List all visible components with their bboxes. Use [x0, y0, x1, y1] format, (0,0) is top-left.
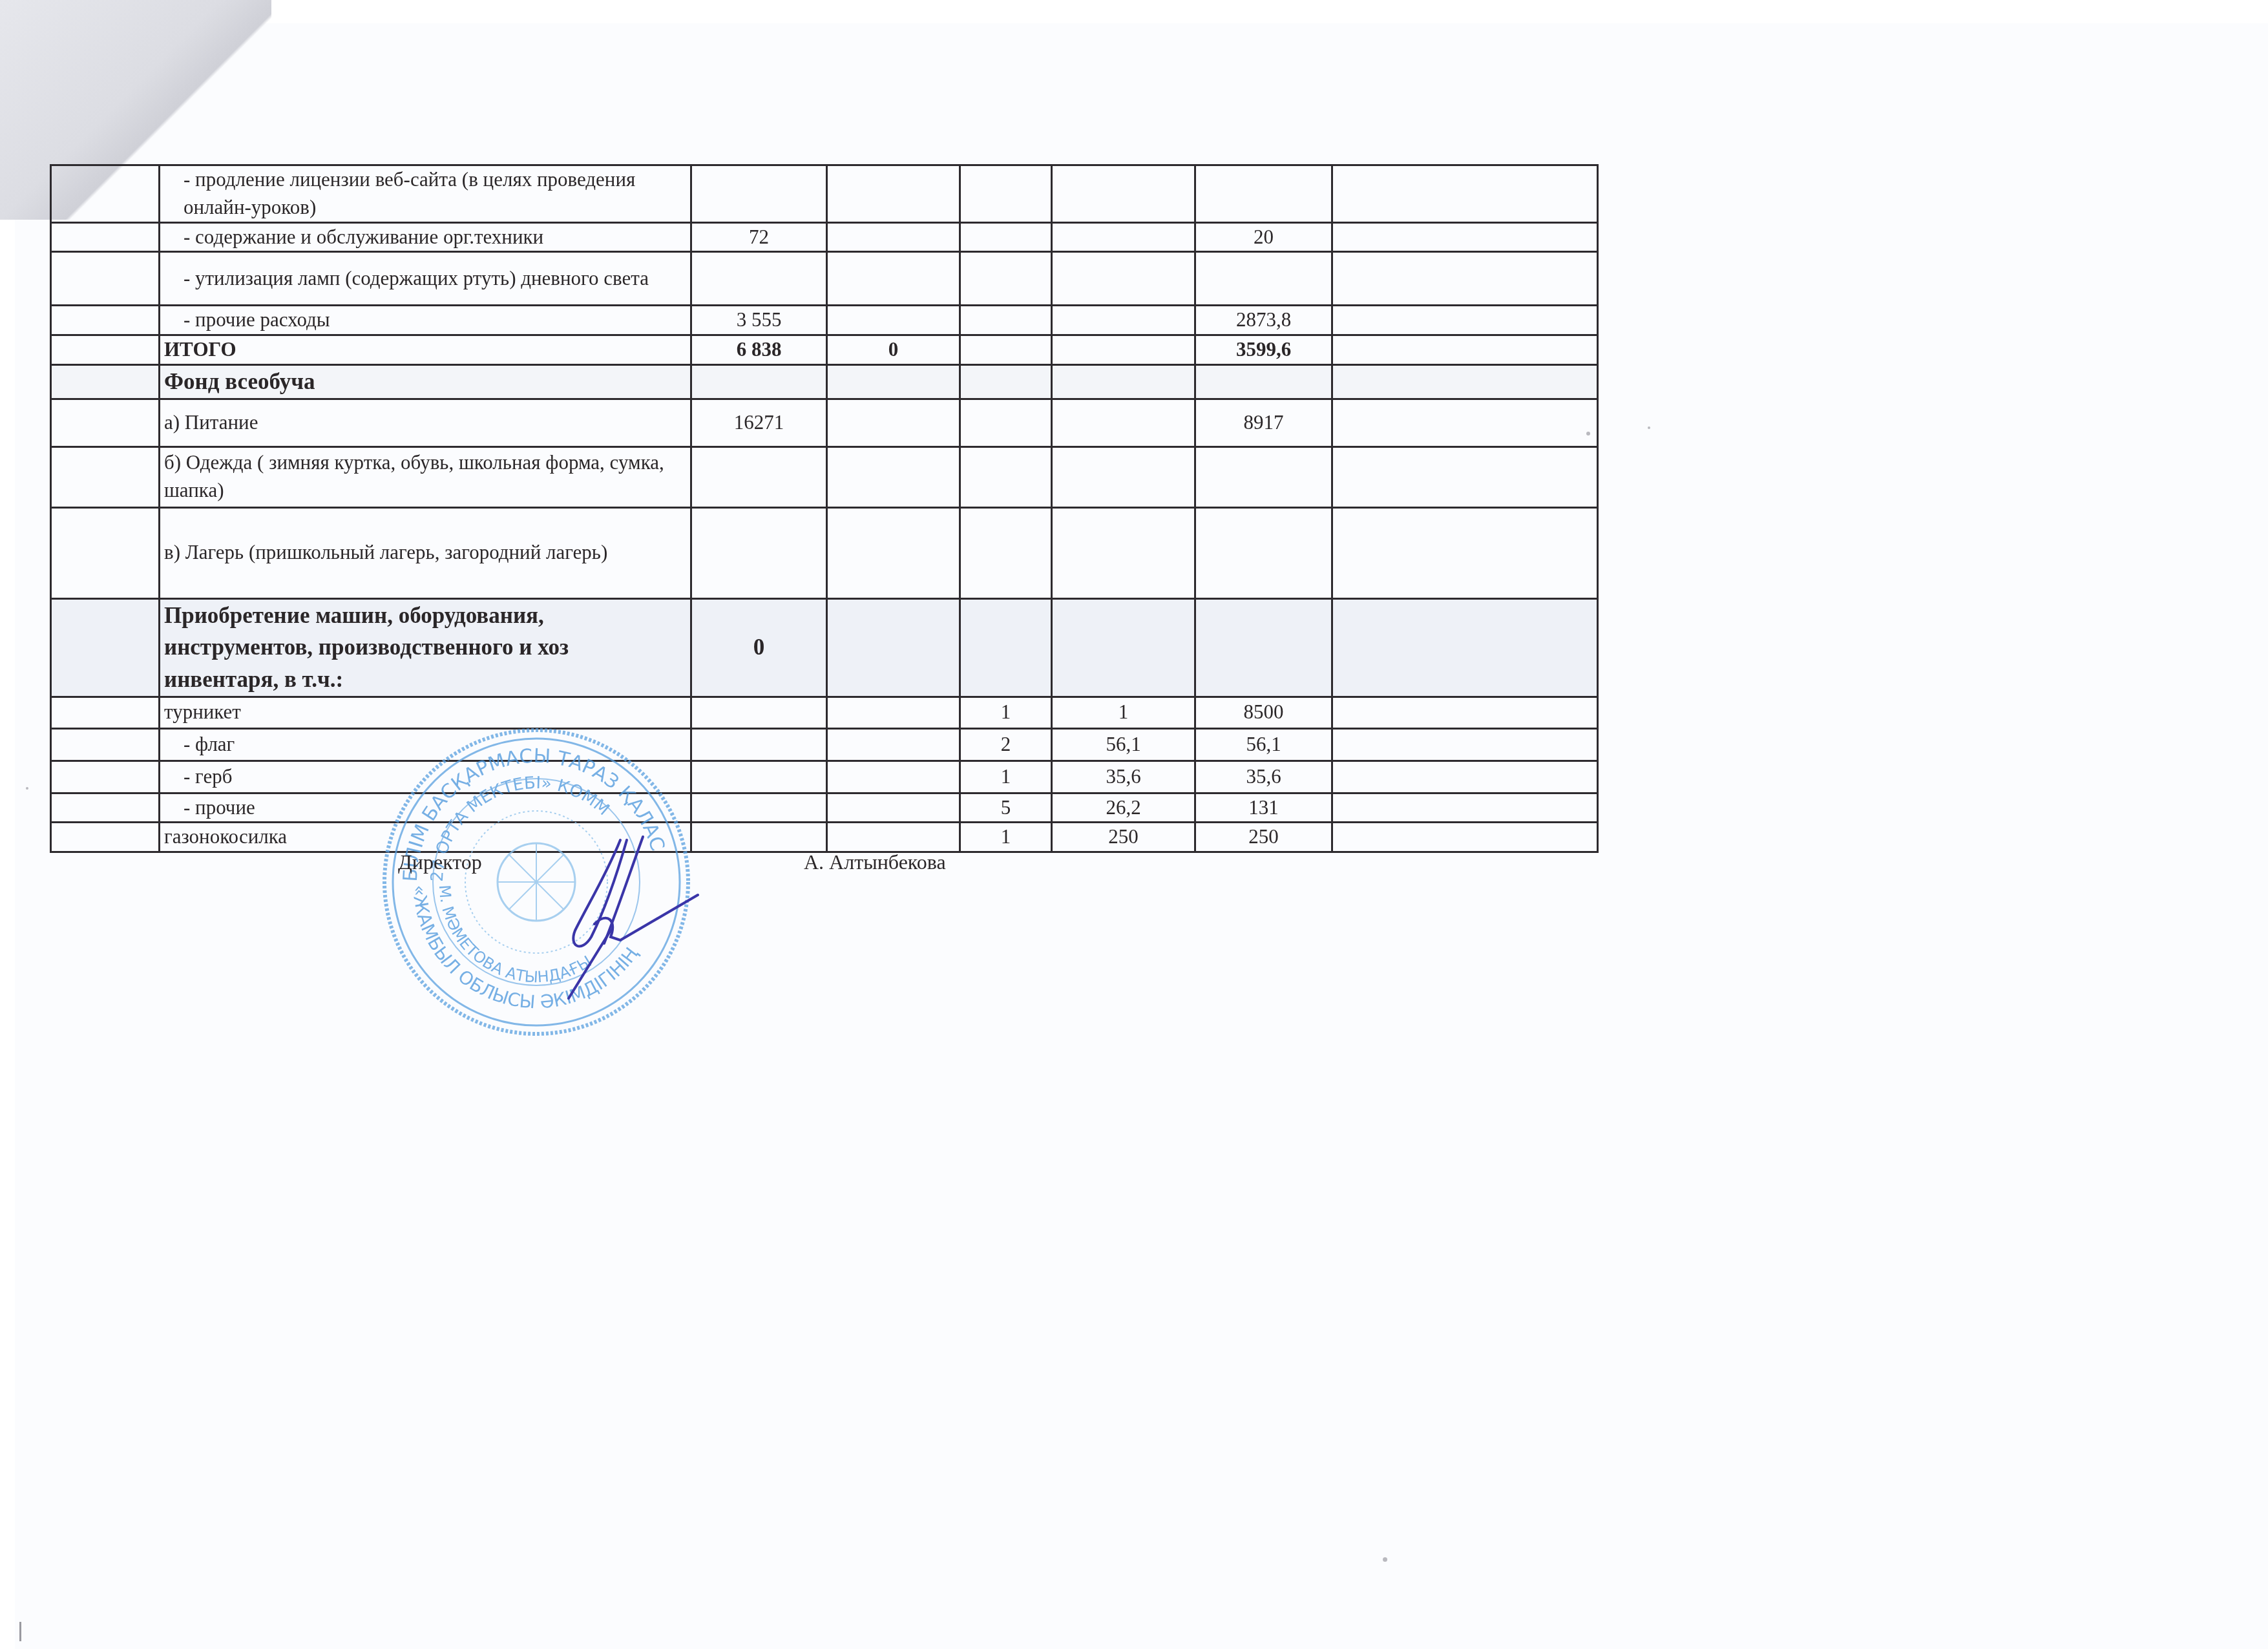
scan-speck — [26, 787, 28, 790]
row-label: ИТОГО — [160, 335, 691, 365]
table-row: в) Лагерь (пришкольный лагерь, загородни… — [51, 507, 1598, 598]
row-label-text: - герб — [164, 763, 232, 791]
row-number-cell — [51, 399, 160, 446]
value-cell — [1195, 598, 1332, 697]
value-cell — [691, 507, 827, 598]
value-cell: 1 — [960, 697, 1052, 728]
table-row: - утилизация ламп (содержащих ртуть) дне… — [51, 252, 1598, 306]
row-label-text: - продление лицензии веб-сайта (в целях … — [164, 166, 688, 222]
value-cell: 1 — [960, 761, 1052, 793]
value-cell — [691, 793, 827, 823]
value-cell: 16271 — [691, 399, 827, 446]
value-cell — [960, 507, 1052, 598]
table-row: Фонд всеобуча — [51, 364, 1598, 399]
row-number-cell — [51, 697, 160, 728]
value-cell — [1052, 507, 1195, 598]
value-cell — [960, 165, 1052, 223]
row-label-text: турникет — [164, 700, 241, 723]
value-cell — [827, 364, 960, 399]
value-cell: 8917 — [1195, 399, 1332, 446]
value-cell: 1 — [960, 823, 1052, 852]
row-label-text: газонокосилка — [164, 825, 287, 848]
value-cell — [1052, 306, 1195, 335]
value-cell: 72 — [691, 222, 827, 252]
value-cell — [827, 728, 960, 761]
row-label-text: - утилизация ламп (содержащих ртуть) дне… — [164, 265, 649, 293]
value-cell — [1332, 697, 1598, 728]
value-cell — [1332, 364, 1598, 399]
value-cell: 2873,8 — [1195, 306, 1332, 335]
value-cell: 6 838 — [691, 335, 827, 365]
value-cell — [827, 793, 960, 823]
value-cell — [691, 165, 827, 223]
row-label-text: Фонд всеобуча — [164, 369, 315, 394]
row-number-cell — [51, 222, 160, 252]
value-cell — [827, 222, 960, 252]
scan-margin-top — [15, 0, 2268, 23]
value-cell — [1332, 252, 1598, 306]
row-label: - содержание и обслуживание орг.техники — [160, 222, 691, 252]
value-cell — [960, 252, 1052, 306]
row-label-text: - прочие расходы — [164, 306, 330, 334]
value-cell — [960, 306, 1052, 335]
value-cell — [827, 507, 960, 598]
value-cell — [1195, 364, 1332, 399]
row-number-cell — [51, 446, 160, 507]
row-number-cell — [51, 598, 160, 697]
value-cell — [1332, 222, 1598, 252]
value-cell — [1332, 507, 1598, 598]
table-row: Приобретение машин, оборудования, инстру… — [51, 598, 1598, 697]
value-cell — [1052, 446, 1195, 507]
value-cell — [827, 697, 960, 728]
value-cell: 0 — [827, 335, 960, 365]
value-cell — [1332, 761, 1598, 793]
value-cell — [1332, 598, 1598, 697]
value-cell: 35,6 — [1195, 761, 1332, 793]
scan-edge-mark — [19, 1622, 21, 1641]
value-cell — [1195, 252, 1332, 306]
value-cell: 26,2 — [1052, 793, 1195, 823]
value-cell — [1052, 335, 1195, 365]
value-cell: 56,1 — [1052, 728, 1195, 761]
table-row: ИТОГО6 83803599,6 — [51, 335, 1598, 365]
value-cell: 20 — [1195, 222, 1332, 252]
row-number-cell — [51, 364, 160, 399]
value-cell — [1195, 507, 1332, 598]
row-label-text: - флаг — [164, 731, 235, 759]
value-cell — [691, 761, 827, 793]
scan-speck — [1383, 1557, 1387, 1562]
value-cell: 5 — [960, 793, 1052, 823]
row-number-cell — [51, 165, 160, 223]
value-cell — [691, 364, 827, 399]
row-label: в) Лагерь (пришкольный лагерь, загородни… — [160, 507, 691, 598]
row-label: - продление лицензии веб-сайта (в целях … — [160, 165, 691, 223]
row-number-cell — [51, 306, 160, 335]
table-row: - флаг256,156,1 — [51, 728, 1598, 761]
budget-table: - продление лицензии веб-сайта (в целях … — [50, 164, 1599, 853]
value-cell — [827, 446, 960, 507]
table-row: а) Питание162718917 — [51, 399, 1598, 446]
value-cell — [827, 598, 960, 697]
value-cell — [827, 761, 960, 793]
value-cell — [691, 697, 827, 728]
row-number-cell — [51, 252, 160, 306]
value-cell — [1052, 364, 1195, 399]
table-body: - продление лицензии веб-сайта (в целях … — [51, 165, 1598, 852]
value-cell — [827, 252, 960, 306]
value-cell — [1332, 165, 1598, 223]
value-cell — [827, 399, 960, 446]
table-row: - продление лицензии веб-сайта (в целях … — [51, 165, 1598, 223]
table-row: турникет118500 — [51, 697, 1598, 728]
value-cell: 8500 — [1195, 697, 1332, 728]
row-number-cell — [51, 761, 160, 793]
value-cell — [691, 728, 827, 761]
row-label: - утилизация ламп (содержащих ртуть) дне… — [160, 252, 691, 306]
value-cell — [960, 598, 1052, 697]
value-cell: 3 555 — [691, 306, 827, 335]
value-cell — [1195, 165, 1332, 223]
signature-icon — [556, 834, 717, 1002]
row-label-text: Приобретение машин, оборудования, инстру… — [164, 603, 569, 692]
table-row: газонокосилка1250250 — [51, 823, 1598, 852]
row-number-cell — [51, 823, 160, 852]
row-label-text: - прочие — [164, 794, 255, 822]
value-cell: 3599,6 — [1195, 335, 1332, 365]
value-cell — [1052, 598, 1195, 697]
row-label-text: б) Одежда ( зимняя куртка, обувь, школьн… — [164, 451, 664, 501]
row-label: а) Питание — [160, 399, 691, 446]
value-cell: 1 — [1052, 697, 1195, 728]
value-cell — [1052, 252, 1195, 306]
table-row: - содержание и обслуживание орг.техники7… — [51, 222, 1598, 252]
value-cell — [1332, 306, 1598, 335]
value-cell — [1332, 793, 1598, 823]
value-cell: 35,6 — [1052, 761, 1195, 793]
value-cell — [827, 165, 960, 223]
value-cell — [1195, 446, 1332, 507]
value-cell — [1052, 222, 1195, 252]
value-cell — [1332, 728, 1598, 761]
value-cell — [1052, 399, 1195, 446]
value-cell — [960, 446, 1052, 507]
row-label: - прочие расходы — [160, 306, 691, 335]
row-number-cell — [51, 793, 160, 823]
value-cell — [960, 222, 1052, 252]
value-cell — [691, 446, 827, 507]
table-row: - герб135,635,6 — [51, 761, 1598, 793]
value-cell: 56,1 — [1195, 728, 1332, 761]
row-number-cell — [51, 335, 160, 365]
row-label-text: в) Лагерь (пришкольный лагерь, загородни… — [164, 541, 607, 563]
row-label: б) Одежда ( зимняя куртка, обувь, школьн… — [160, 446, 691, 507]
value-cell — [960, 364, 1052, 399]
value-cell — [691, 252, 827, 306]
value-cell — [1332, 823, 1598, 852]
row-number-cell — [51, 728, 160, 761]
value-cell — [1332, 446, 1598, 507]
row-label: Приобретение машин, оборудования, инстру… — [160, 598, 691, 697]
value-cell: 250 — [1052, 823, 1195, 852]
table-row: - прочие расходы3 5552873,8 — [51, 306, 1598, 335]
scan-speck — [1648, 426, 1650, 429]
row-number-cell — [51, 507, 160, 598]
value-cell — [1332, 399, 1598, 446]
value-cell: 2 — [960, 728, 1052, 761]
table-row: б) Одежда ( зимняя куртка, обувь, школьн… — [51, 446, 1598, 507]
row-label-text: а) Питание — [164, 411, 258, 434]
row-label-text: ИТОГО — [164, 338, 236, 361]
row-label: Фонд всеобуча — [160, 364, 691, 399]
value-cell — [1052, 165, 1195, 223]
value-cell: 0 — [691, 598, 827, 697]
value-cell: 131 — [1195, 793, 1332, 823]
value-cell — [960, 335, 1052, 365]
value-cell — [960, 399, 1052, 446]
value-cell — [1332, 335, 1598, 365]
scan-speck — [1586, 432, 1590, 436]
value-cell: 250 — [1195, 823, 1332, 852]
table-row: - прочие526,2131 — [51, 793, 1598, 823]
value-cell — [827, 823, 960, 852]
value-cell — [827, 306, 960, 335]
row-label-text: - содержание и обслуживание орг.техники — [164, 224, 543, 251]
scan-margin-left — [0, 0, 15, 1649]
signatory-name: А. Алтынбекова — [804, 850, 946, 874]
signatory-title: Директор — [398, 850, 482, 874]
